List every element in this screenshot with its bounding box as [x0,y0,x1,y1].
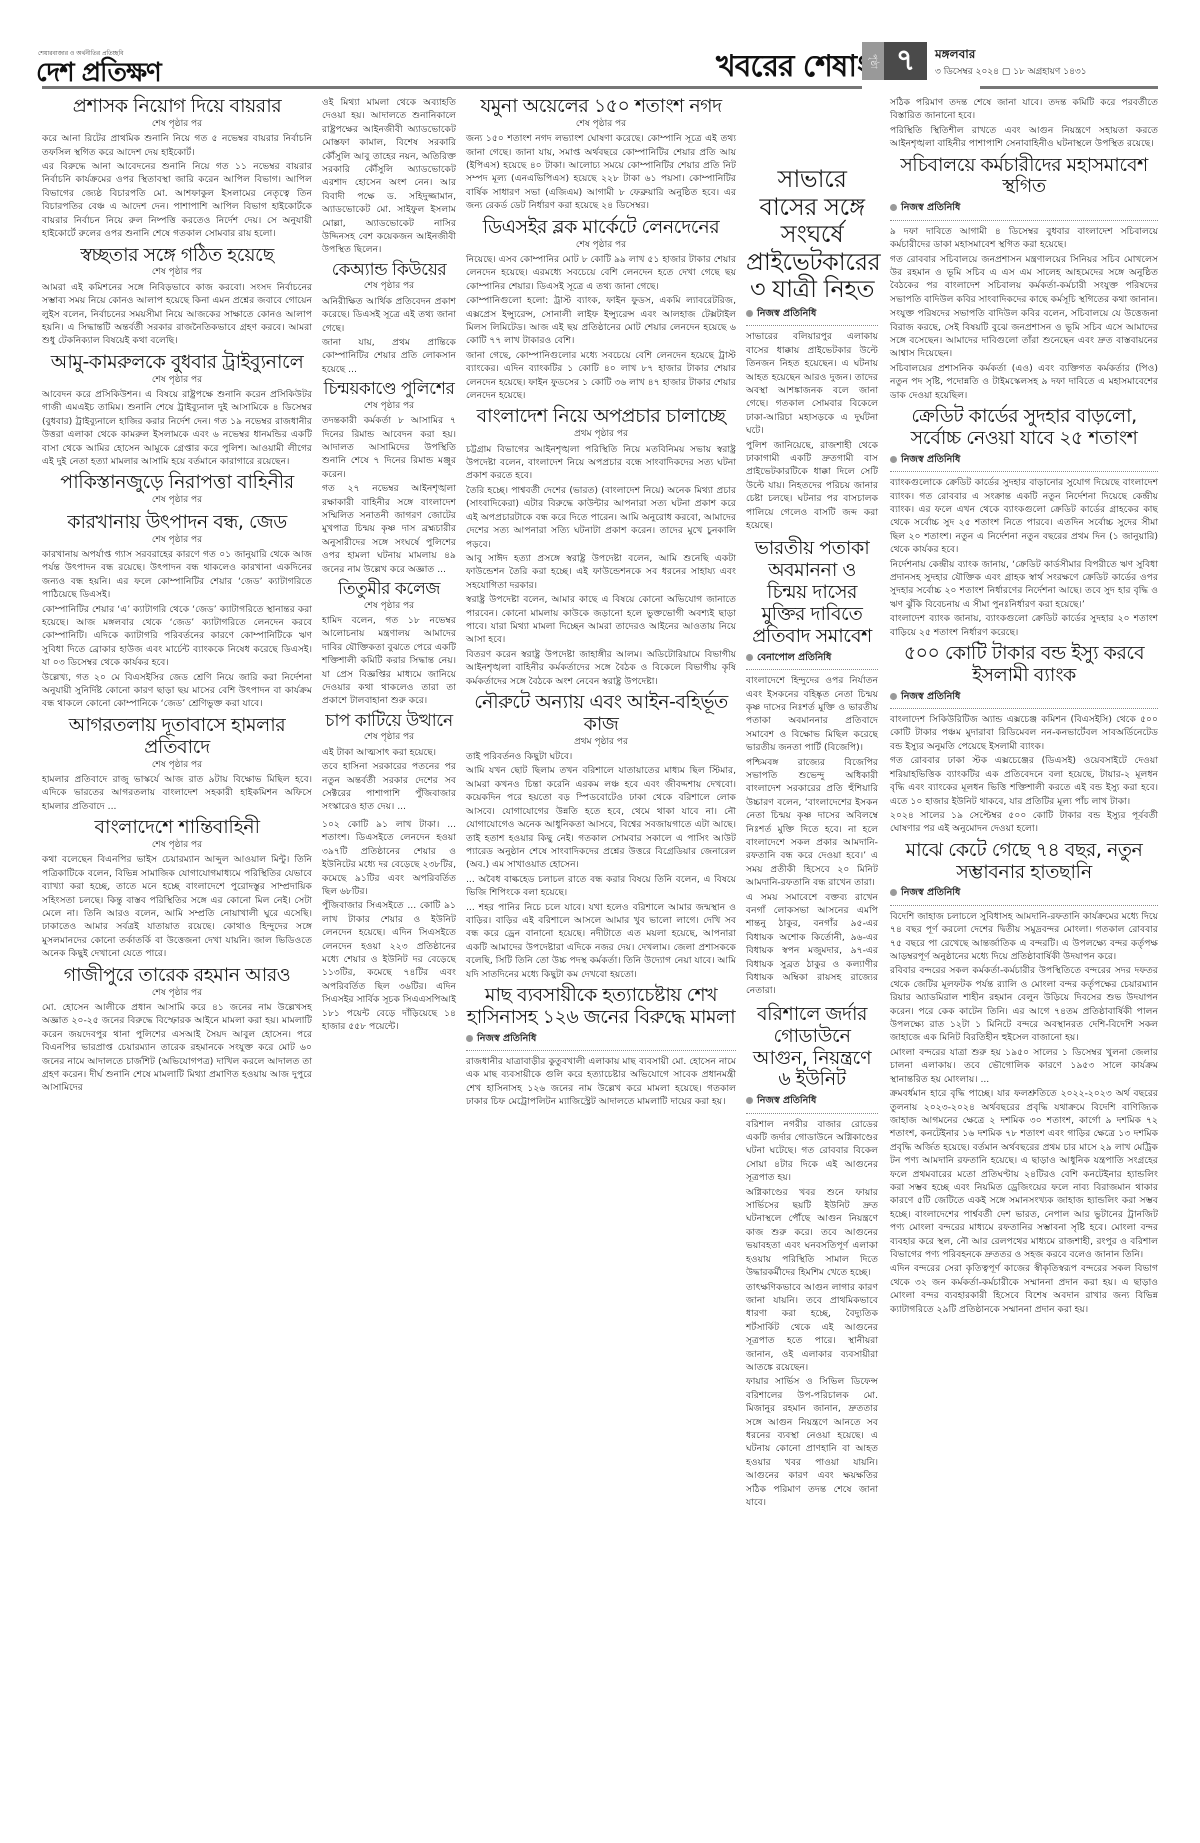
headline[interactable]: কারখানায় উৎপাদন বন্ধ, জেড [42,512,312,534]
headline[interactable]: মাঝে কেটে গেছে ৭৪ বছর, নতুন সম্ভাবনার হা… [890,840,1158,884]
article-nouroute: নৌরুটে অন্যায় এবং আইন-বহির্ভূত কাজ প্রথ… [466,692,736,981]
headline[interactable]: সাভারে বাসের সঙ্গে সংঘর্ষে প্রাইভেটকারের… [746,166,878,304]
headline[interactable]: ডিএসইর ব্লক মার্কেটে লেনদেনের [466,217,736,239]
article-peace: বাংলাদেশে শান্তিবাহিনী শেষ পৃষ্ঠার পর কথ… [42,817,312,961]
byline: নিজস্ব প্রতিনিধি [890,690,1158,709]
bullet-icon [890,889,897,896]
reporter-label: নিজস্ব প্রতিনিধি [901,202,960,213]
reporter-label: বেনাপোল প্রতিনিধি [757,652,831,663]
paragraph: কোম্পানিটির শেয়ার ‘এ’ ক্যাটাগরি থেকে ‘জ… [42,603,312,670]
jump-line: শেষ পৃষ্ঠার পর [42,118,312,131]
paragraph: মো. হোসেন আলীকে প্রধান আসামি করে ৪১ জনের… [42,1001,312,1095]
headline[interactable]: বরিশালে জর্দার গোডাউনে আগুন, নিয়ন্ত্রণে… [746,1004,878,1091]
jump-line: শেষ পৃষ্ঠার পর [42,494,312,507]
article-fire-continued: সঠিক পরিমাণ তদন্ত শেষে জানা যাবে। তদন্ত … [890,96,1158,151]
masthead: শেয়ারবাজার ও অর্থনীতির প্রতিচ্ছবি দেশ প… [0,0,1200,84]
byline: নিজস্ব প্রতিনিধি [890,453,1158,472]
headline[interactable]: তিতুমীর কলেজ [322,580,456,600]
jump-line: শেষ পৃষ্ঠার পর [42,266,312,279]
jump-line: শেষ পৃষ্ঠার পর [322,280,456,293]
paragraph: হামিদ বলেন, গত ১৮ নভেম্বর আলোচনায় মন্ত্… [322,614,456,708]
article-pakistan: পাকিস্তানজুড়ে নিরাপত্তা বাহিনীর শেষ পৃষ… [42,472,312,507]
headline[interactable]: ৫০০ কোটি টাকার বন্ড ইস্যু করবে ইসলামী ব্… [890,643,1158,687]
paragraph: অনিরীক্ষিত আর্থিক প্রতিবেদন প্রকাশ করেছে… [322,295,456,335]
paragraph: নিয়েছে। এসব কোম্পানির মোট ৮ কোটি ৯৯ লাখ… [466,253,736,293]
bullet-icon [746,310,753,317]
bullet-icon [890,693,897,700]
paragraph: পুলিশ জানিয়েছে, রাজশাহী থেকে ঢাকাগামী এ… [746,439,878,533]
paragraph: অগ্নিকাণ্ডের খবর শুনে ফায়ার সার্ভিসের ছ… [746,1186,878,1280]
headline[interactable]: পাকিস্তানজুড়ে নিরাপত্তা বাহিনীর [42,472,312,494]
article-market-continued: ১০২ কোটি ৯১ লাখ টাকা। ... শতাংশ। ডিএসইতে… [322,818,456,1034]
paragraph: বিদেশি জাহাজ চলাচলে সুবিধাসহ আমদানি-রফতা… [890,910,1158,964]
bullet-icon [890,204,897,211]
page-number: ৭ [884,42,927,80]
paragraph: তাৎক্ষণিকভাবে আগুন লাগার কারণ জানা যায়ন… [746,1281,878,1375]
headline[interactable]: বাংলাদেশ নিয়ে অপপ্রচার চালাচ্ছে [466,406,736,428]
headline[interactable]: কেঅ্যান্ড কিউয়ের [322,261,456,281]
paragraph: এ সময় সমাবেশে বক্তব্য রাখেন বনগাঁ লোকসভ… [746,891,878,998]
article-pressure: চাপ কাটিয়ে উত্থানে শেষ পৃষ্ঠার পর এই টা… [322,712,456,814]
article-hasina: মাছ ব্যবসায়ীকে হত্যাচেষ্টায় শেখ হাসিনা… [466,985,736,1109]
jump-line: শেষ পৃষ্ঠার পর [466,239,736,252]
bullet-icon [890,456,897,463]
article-savar: সাভারে বাসের সঙ্গে সংঘর্ষে প্রাইভেটকারের… [746,166,878,532]
headline[interactable]: আমু-কামরুলকে বুধবার ট্রাইব্যুনালে [42,352,312,374]
headline[interactable]: মাছ ব্যবসায়ীকে হত্যাচেষ্টায় শেখ হাসিনা… [466,985,736,1029]
issue-date: ৩ ডিসেম্বর ২০২৪ ▢ ১৮ অগ্রহায়ণ ১৪৩১ [935,64,1087,79]
article-titumir: তিতুমীর কলেজ শেষ পৃষ্ঠার পর হামিদ বলেন, … [322,580,456,708]
byline: নিজস্ব প্রতিনিধি [466,1032,736,1051]
article-mongla: মাঝে কেটে গেছে ৭৪ বছর, নতুন সম্ভাবনার হা… [890,840,1158,1316]
reporter-label: নিজস্ব প্রতিনিধি [901,454,960,465]
paragraph: গত ২৭ নভেম্বর আইনশৃঙ্খলা রক্ষাকারী বাহিন… [322,482,456,576]
headline[interactable]: নৌরুটে অন্যায় এবং আইন-বহির্ভূত কাজ [466,692,736,736]
article-factory: কারখানায় উৎপাদন বন্ধ, জেড শেষ পৃষ্ঠার প… [42,512,312,711]
byline: নিজস্ব প্রতিনিধি [890,886,1158,905]
paragraph: রাজধানীর যাত্রাবাড়ীর কুতুবখালী এলাকায় … [466,1055,736,1109]
jump-line: শেষ পৃষ্ঠার পর [322,731,456,744]
reporter-label: নিজস্ব প্রতিনিধি [757,1095,816,1106]
article-amu: আমু-কামরুলকে বুধবার ট্রাইব্যুনালে শেষ পৃ… [42,352,312,469]
paragraph: ওই মিথ্যা মামলা থেকে অব্যাহতি দেওয়া হয়… [322,96,456,257]
paragraph: ২০২৪ সালের ১৯ সেপ্টেম্বর ৫০০ কোটি টাকার … [890,809,1158,836]
article-chinmoy-police: চিন্ময়কাণ্ডে পুলিশের শেষ পৃষ্ঠার পর তদন… [322,380,456,576]
reporter-label: নিজস্ব প্রতিনিধি [901,691,960,702]
byline: নিজস্ব প্রতিনিধি [746,1094,878,1113]
headline[interactable]: প্রশাসক নিয়োগ দিয়ে বায়রার [42,96,312,118]
paragraph: সচিবালয়ের প্রশাসনিক কর্মকর্তা (এও) এবং … [890,362,1158,402]
paragraph: সঠিক পরিমাণ তদন্ত শেষে জানা যাবে। তদন্ত … [890,96,1158,123]
paragraph: নির্দেশনায় কেন্দ্রীয় ব্যাংক জানায়, ‘ক… [890,558,1158,612]
paragraph: আমরা এই কমিশনের সঙ্গে নিবিড়ভাবে কাজ করব… [42,281,312,348]
jump-line: শেষ পৃষ্ঠার পর [42,839,312,852]
article-barishal-fire: বরিশালে জর্দার গোডাউনে আগুন, নিয়ন্ত্রণে… [746,1004,878,1510]
paragraph: বাংলাদেশে হিন্দুদের ওপর নির্যাতন এবং ইসক… [746,674,878,754]
paragraph: তৈরি হচ্ছে। পাশ্ববর্তী দেশের (ভারত) (বাং… [466,484,736,551]
article-credit-card: ক্রেডিট কার্ডের সুদহার বাড়লো, সর্বোচ্চ … [890,406,1158,639]
paragraph: আবেদন করে প্রসিকিউশন। এ বিষয়ে রাষ্ট্রপক… [42,388,312,468]
paragraph: সাভারের বলিয়ারপুর এলাকায় বাসের ধাক্কায… [746,330,878,437]
byline: নিজস্ব প্রতিনিধি [890,201,1158,220]
paragraph: জন্য ১৫০ শতাংশ নগদ লভ্যাংশ ঘোষণা করেছে। … [466,132,736,212]
paragraph: বাংলাদেশ সিকিউরিটিজ অ্যান্ড এক্সচেঞ্জ কম… [890,713,1158,753]
paragraph: স্বরাষ্ট্র উপদেষ্টা বলেন, আমার কাছে এ বি… [466,593,736,647]
paragraph: ব্যাংকগুলোকে ক্রেডিট কার্ডের সুদহার বাড়… [890,476,1158,556]
jump-line: শেষ পৃষ্ঠার পর [42,987,312,1000]
article-jamuna: যমুনা অয়েলের ১৫০ শতাংশ নগদ শেষ পৃষ্ঠার … [466,96,736,213]
article-bayra: প্রশাসক নিয়োগ দিয়ে বায়রার শেষ পৃষ্ঠার… [42,96,312,241]
paragraph: ... শহর পানির নিচে চলে যাবে। যখা হলেও বর… [466,901,736,981]
paragraph: উল্লেখ্য, গত ২০ মে বিএসইসির জেড শ্রেণি ন… [42,671,312,711]
headline[interactable]: ভারতীয় পতাকা অবমাননা ও চিন্ময় দাসের মু… [746,538,878,647]
jump-line: শেষ পৃষ্ঠার পর [322,600,456,613]
jump-line: প্রথম পৃষ্ঠার পর [466,428,736,441]
bullet-icon [466,1035,473,1042]
paragraph: সংযুক্ত পরিষদের সভাপতি বাদিউল কবির বলেন,… [890,307,1158,361]
paragraph: করে আনা রিটের প্রাথমিক শুনানি নিয়ে গত ৫… [42,132,312,159]
jump-line: শেষ পৃষ্ঠার পর [42,759,312,772]
paragraph: আবু সাঈদ হত্যা প্রসঙ্গে স্বরাষ্ট্র উপদেষ… [466,552,736,592]
paragraph: হামলার প্রতিবাদে রাজু ভাস্কর্যে আজ রাত ৯… [42,773,312,813]
paragraph: ক্রমবর্ধমান হারে বৃদ্ধি পাচ্ছে। যার ফলশ্… [890,1087,1158,1261]
headline[interactable]: আগরতলায় দূতাবাসে হামলার প্রতিবাদে [42,715,312,759]
paragraph: চট্টগ্রাম বিভাগের আইনশৃঙ্খলা পরিস্থিতি ন… [466,443,736,483]
paragraph: আমি যখন ছোট ছিলাম তখন বরিশালে যাতায়াতের… [466,764,736,871]
column-fourth: সাভারে বাসের সঙ্গে সংঘর্ষে প্রাইভেটকারের… [746,96,878,1510]
reporter-label: নিজস্ব প্রতিনিধি [477,1033,536,1044]
article-court-continued: ওই মিথ্যা মামলা থেকে অব্যাহতি দেওয়া হয়… [322,96,456,257]
jump-line: শেষ পৃষ্ঠার পর [42,534,312,547]
paragraph: কথা বলেছেন বিএনপির ভাইস চেয়ারম্যান আব্দ… [42,853,312,960]
paragraph: এর বিরুদ্ধে আনা আবেদনের শুনানি নিয়ে গত … [42,160,312,240]
article-islami-bank: ৫০০ কোটি টাকার বন্ড ইস্যু করবে ইসলামী ব্… [890,643,1158,836]
paragraph: পুঁজিবাজার সিএসইতে ... কোটি ৯১ লাখ টাকার… [322,899,456,1033]
jump-line: শেষ পৃষ্ঠার পর [42,374,312,387]
paragraph: ফায়ার সার্ভিস ও সিভিল ডিফেন্স বরিশালের … [746,1375,878,1509]
column-center: যমুনা অয়েলের ১৫০ শতাংশ নগদ শেষ পৃষ্ঠার … [466,96,736,1110]
article-agartala: আগরতলায় দূতাবাসে হামলার প্রতিবাদে শেষ প… [42,715,312,813]
headline[interactable]: গাজীপুরে তারেক রহমান আরও [42,965,312,987]
weekday: মঙ্গলবার [935,46,975,66]
paragraph: গত রোববার ঢাকা স্টক এক্সচেঞ্জের (ডিএসই) … [890,754,1158,808]
article-indian-flag: ভারতীয় পতাকা অবমাননা ও চিন্ময় দাসের মু… [746,538,878,997]
newspaper-logo[interactable]: দেশ প্রতিক্ষণ [36,52,161,96]
page-label: পৃষ্ঠা [862,42,884,80]
paragraph: জানা যায়, প্রথম প্রান্তিকে কোম্পানিটির … [322,336,456,376]
paragraph: তদন্তকারী কর্মকর্তা ৮ আসামির ৭ দিনের রিম… [322,414,456,481]
headline[interactable]: ক্রেডিট কার্ডের সুদহার বাড়লো, সর্বোচ্চ … [890,406,1158,450]
headline[interactable]: চিন্ময়কাণ্ডে পুলিশের [322,380,456,400]
jump-line: শেষ পৃষ্ঠার পর [466,118,736,131]
paragraph: বাংলাদেশ ব্যাংক জানায়, ব্যাংকগুলো ক্রেড… [890,612,1158,639]
paragraph: ১০২ কোটি ৯১ লাখ টাকা। ... শতাংশ। ডিএসইতে… [322,818,456,898]
reporter-label: নিজস্ব প্রতিনিধি [901,887,960,898]
paragraph: কারখানায় অপর্যাপ্ত গ্যাস সরবরাহের কারণে… [42,548,312,602]
article-kandq: কেঅ্যান্ড কিউয়ের শেষ পৃষ্ঠার পর অনিরীক্… [322,261,456,376]
paragraph: এই টাকা আত্মসাৎ করা হয়েছে। [322,746,456,759]
paragraph: গত রোববার সচিবালয়ে জনপ্রশাসন মন্ত্রণালয… [890,253,1158,307]
headline[interactable]: সচিবালয়ে কর্মচারীদের মহাসমাবেশ স্থগিত [890,155,1158,199]
paragraph: মোংলা বন্দরের যাত্রা শুরু হয় ১৯৫০ সালের… [890,1046,1158,1086]
paragraph: ... অবৈধ বাল্কহেড চলাচল রাতে বন্ধ করার ব… [466,873,736,900]
bullet-icon [746,654,753,661]
reporter-label: নিজস্ব প্রতিনিধি [757,308,816,319]
column-right: সঠিক পরিমাণ তদন্ত শেষে জানা যাবে। তদন্ত … [890,96,1158,1317]
paragraph: তবে হাসিনা সরকারের পতনের পর নতুন অন্তর্ব… [322,760,456,814]
paragraph: ৯ দফা দাবিতে আগামী ৪ ডিসেম্বর বুধবার বাং… [890,225,1158,252]
paragraph: পশ্চিমবঙ্গ রাজ্যের বিজেপির সভাপতি শুভেন্… [746,756,878,890]
article-secretariat: সচিবালয়ে কর্মচারীদের মহাসমাবেশ স্থগিত ন… [890,155,1158,402]
article-dse-block: ডিএসইর ব্লক মার্কেটে লেনদেনের শেষ পৃষ্ঠা… [466,217,736,403]
paragraph: কোম্পানিগুলো হলো: ট্রাস্ট ব্যাংক, ফাইন ফ… [466,294,736,348]
headline[interactable]: চাপ কাটিয়ে উত্থানে [322,712,456,732]
paragraph: তাই পরিবর্তনও কিছুটা ঘটবে। [466,750,736,763]
paragraph: এদিন বন্দরের সেরা কৃতিত্বপূর্ণ কাজের স্ব… [890,1262,1158,1316]
jump-line: শেষ পৃষ্ঠার পর [322,400,456,413]
header-rule-left [42,86,862,89]
jump-line: প্রথম পৃষ্ঠার পর [466,736,736,749]
header-rule-right [980,86,1158,89]
column-left: প্রশাসক নিয়োগ দিয়ে বায়রার শেষ পৃষ্ঠার… [42,96,312,1096]
headline[interactable]: বাংলাদেশে শান্তিবাহিনী [42,817,312,839]
byline: বেনাপোল প্রতিনিধি [746,651,878,670]
column-second: ওই মিথ্যা মামলা থেকে অব্যাহতি দেওয়া হয়… [322,96,456,1034]
paragraph: বিতরণ করেন স্বরাষ্ট্র উপদেষ্টা জাহাঙ্গীর… [466,648,736,688]
paragraph: রবিবার বন্দরের সকল কর্মকর্তা-কর্মচারীর উ… [890,964,1158,1044]
paragraph: বরিশাল নগরীর বাজার রোডের একটি জর্দার গোড… [746,1118,878,1185]
article-propaganda: বাংলাদেশ নিয়ে অপপ্রচার চালাচ্ছে প্রথম প… [466,406,736,688]
bullet-icon [746,1097,753,1104]
paragraph: পরিস্থিতি স্থিতিশীল রাখতে এবং আগুন নিয়ন… [890,124,1158,151]
headline[interactable]: স্বচ্ছতার সঙ্গে গঠিত হয়েছে [42,245,312,267]
headline[interactable]: যমুনা অয়েলের ১৫০ শতাংশ নগদ [466,96,736,118]
article-gazipur: গাজীপুরে তারেক রহমান আরও শেষ পৃষ্ঠার পর … [42,965,312,1095]
article-reform: স্বচ্ছতার সঙ্গে গঠিত হয়েছে শেষ পৃষ্ঠার … [42,245,312,348]
paragraph: জানা গেছে, কোম্পানিগুলোর মধ্যে সবচেয়ে ব… [466,349,736,403]
byline: নিজস্ব প্রতিনিধি [746,307,878,326]
